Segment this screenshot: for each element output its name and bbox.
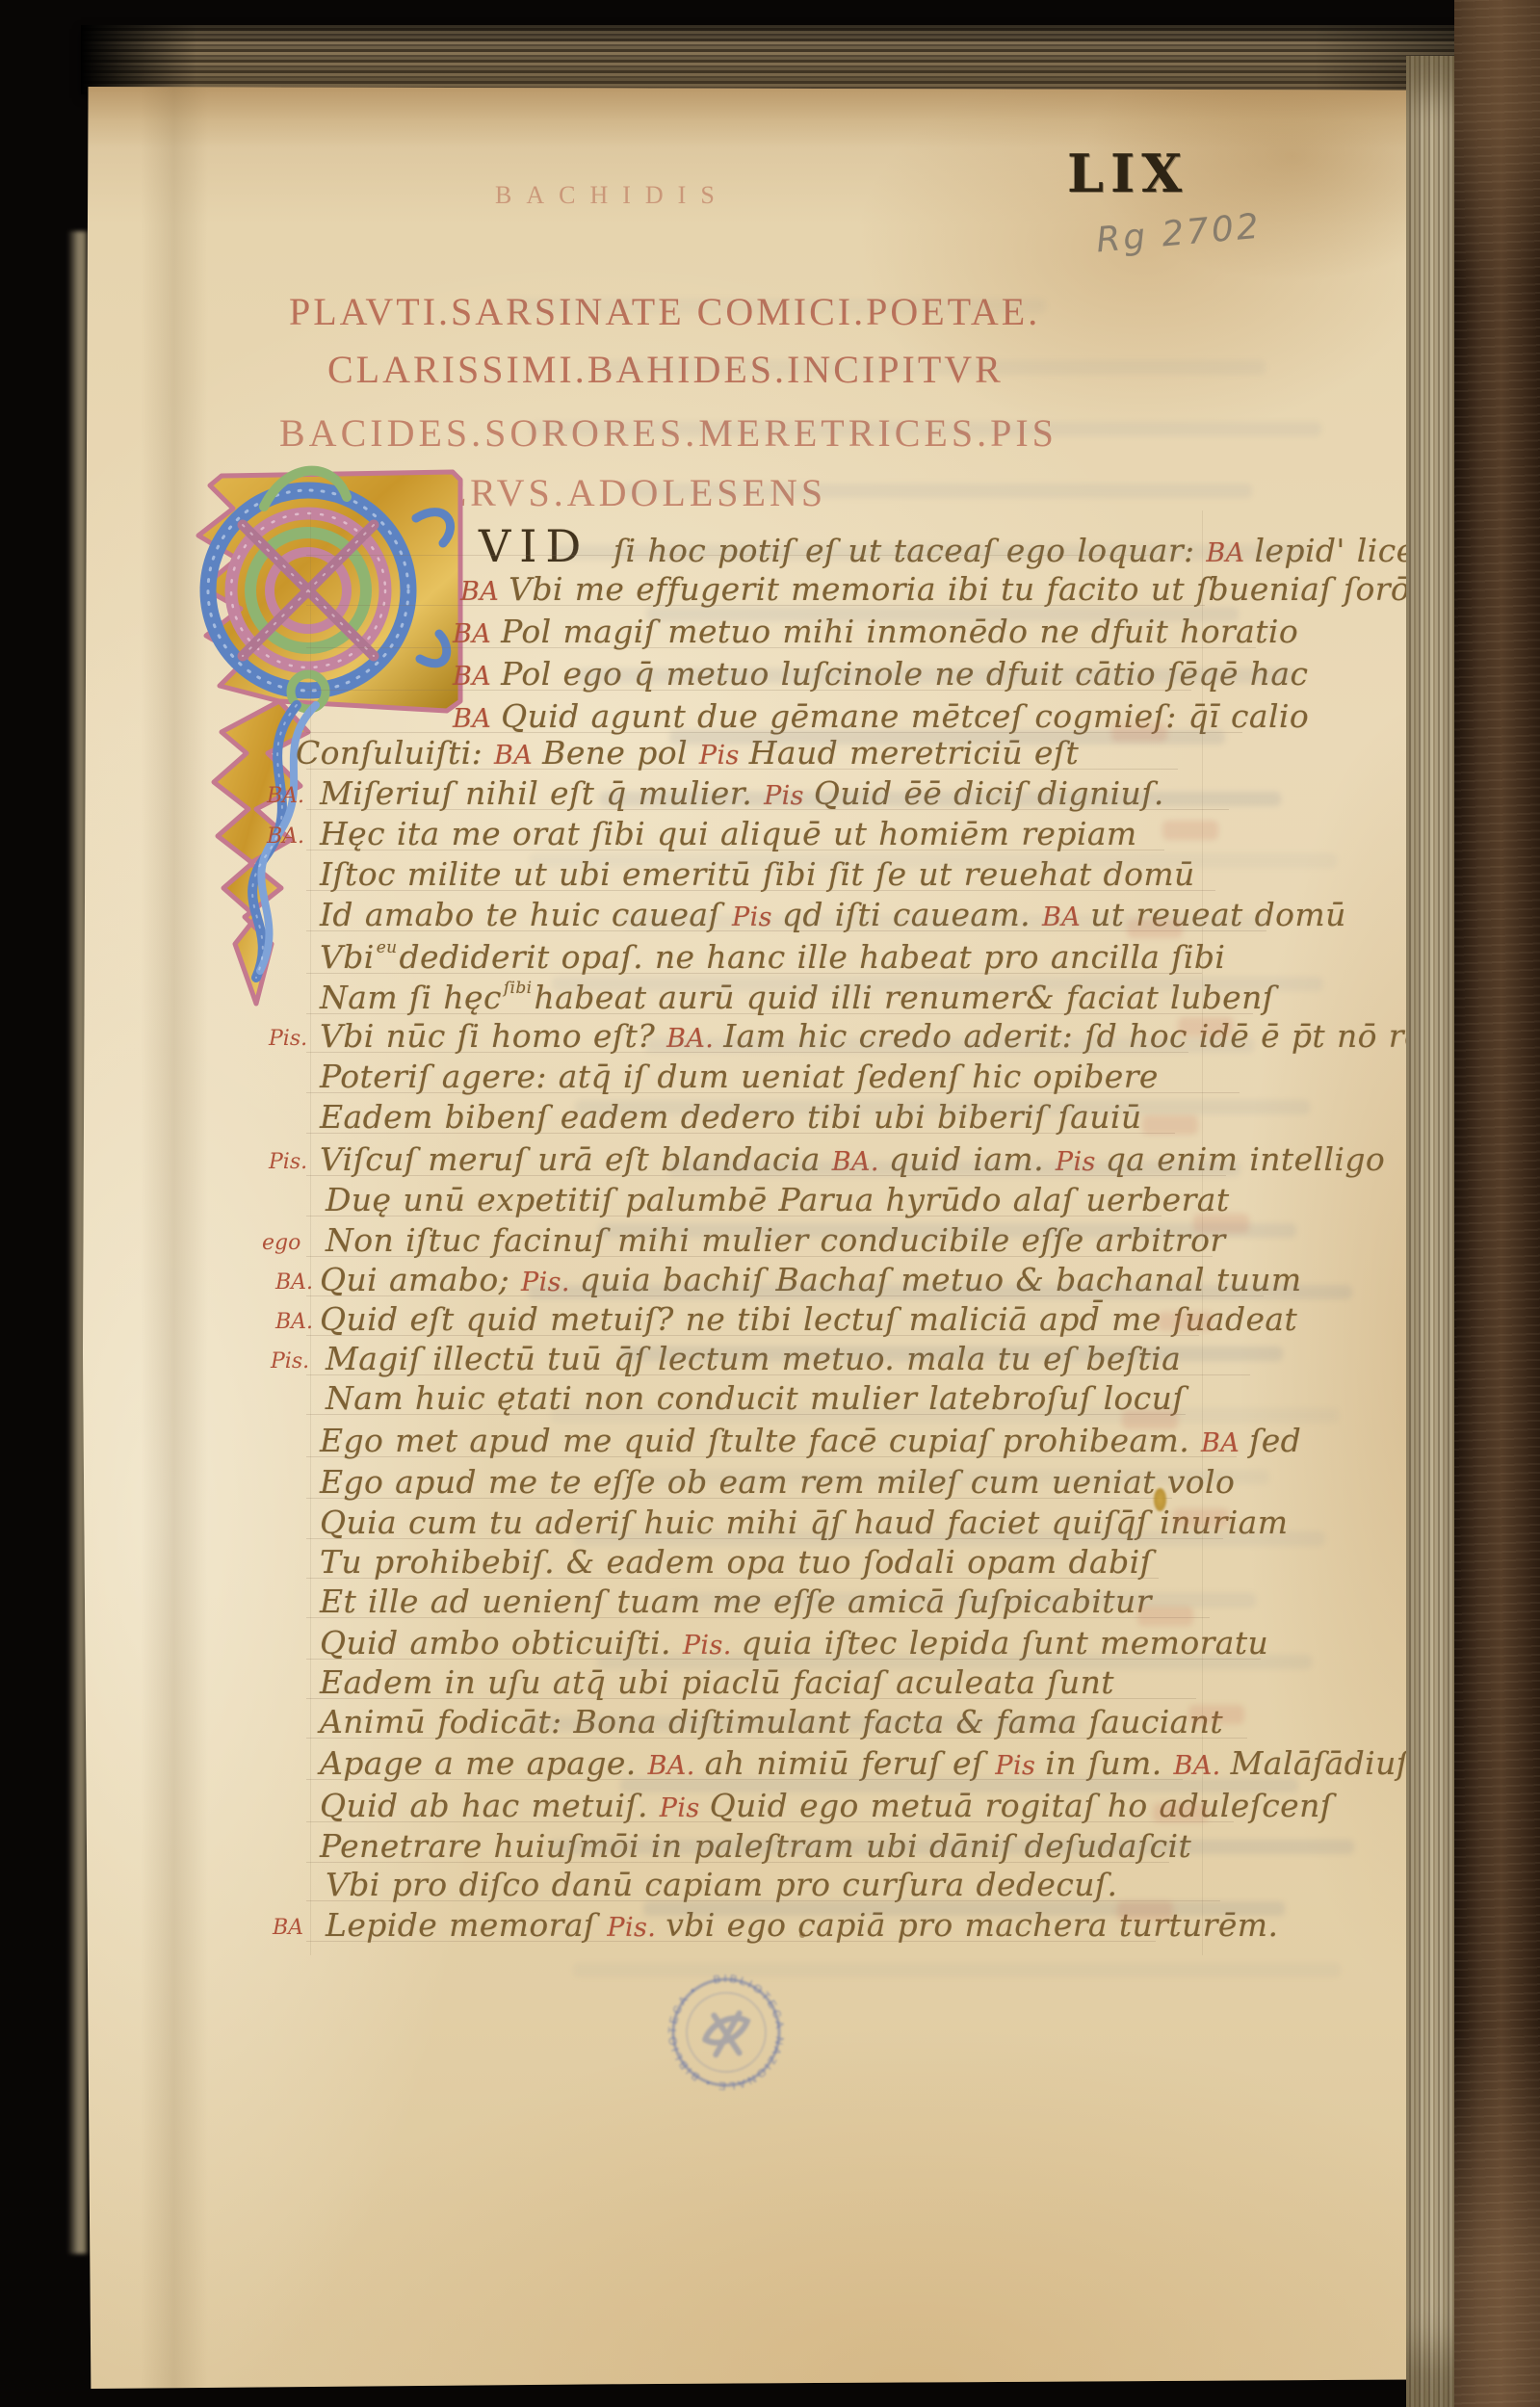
show-through-red-ghost [1137,1607,1193,1626]
show-through-ghost [551,1408,1339,1423]
ruling-line [306,1133,1175,1134]
margin-speaker-siglum: BA. [275,1270,313,1295]
text-line: Hęc ita me orat ſibi qui aliquē ut homiē… [320,815,1137,852]
line-text: Quid ab hac metuiſ. [320,1787,660,1824]
text-line: Tu prohibebiſ. & eadem opa tuo ſodali op… [320,1543,1152,1581]
show-through-ghost [529,853,1337,868]
margin-speaker-siglum: Pis. [269,1150,307,1174]
line-text: Vbi pro diſco danū capiam pro curſura de… [326,1866,1117,1903]
margin-speaker-siglum: Pis. [271,1349,309,1374]
ruling-line [306,1941,1156,1942]
ruling-vertical [310,510,311,1955]
leather-cover [1454,0,1540,2407]
show-through-ghost [668,1162,1240,1176]
line-text: in ſum. [1045,1744,1173,1782]
ruling-line [306,850,1164,850]
margin-speaker-siglum: Pis. [269,1027,307,1051]
show-through-ghost [550,1840,1354,1854]
show-through-ghost [643,1901,1285,1916]
pencil-shelfmark: Rg 2702 [1095,207,1264,261]
ruling-line [306,690,1191,691]
show-through-ghost [667,1593,1256,1608]
line-text: Lepide memoraſ [326,1906,607,1944]
line-text: ſibi [504,979,533,998]
ruling-line [306,809,1229,810]
ruling-line [306,647,1256,648]
show-through-red-ghost [1178,1017,1234,1036]
ink-speck [799,1932,805,1938]
show-through-red-ghost [1111,722,1167,742]
show-through-ghost [530,422,1321,436]
ruling-line [306,1374,1250,1375]
line-text: Vbi [320,938,375,976]
wax-fleck [1154,1488,1166,1511]
text-line: Apage a me apage. BA. ah nimiū feruſ eſ … [320,1744,1451,1782]
line-text: ah nimiū feruſ eſ [705,1744,996,1782]
ruling-line [306,769,1178,770]
show-through-ghost [599,792,1281,806]
ruling-line [306,1617,1210,1618]
show-through-ghost [621,1347,1283,1361]
show-through-ghost [575,1100,1310,1114]
show-through-red-ghost [1142,1115,1198,1135]
speaker-siglum: Pis [660,1793,710,1823]
show-through-ghost [597,1655,1312,1669]
ruling-line [306,890,1215,891]
ruling-line [306,1862,1169,1863]
line-text: Vbi nūc ſi homo eſt? [320,1017,666,1055]
running-title: BACHIDIS [495,181,729,210]
ruling-line [306,1092,1240,1093]
ruling-line [306,605,1205,606]
show-through-ghost [644,1470,1269,1484]
show-through-red-ghost [1127,919,1183,938]
book-fore-edge [1406,56,1458,2407]
ruling-line [306,1256,1213,1257]
speaker-siglum: BA [494,741,542,771]
show-through-ghost [576,668,1294,683]
show-through-ghost [600,360,1266,375]
show-through-ghost [552,977,1323,991]
speaker-siglum: BA [460,577,509,607]
text-line: Quid eſt quid metuiſ? ne tibi lectuſ mal… [320,1300,1297,1338]
show-through-red-ghost [1162,821,1218,840]
stamp-emblem [700,2008,754,2060]
show-through-red-ghost [1188,1705,1244,1724]
line-text: Conſuluiſti: [296,734,494,772]
text-line: Poteriſ agere: atq̄ iſ dum ueniat ſedenſ… [320,1058,1159,1095]
show-through-red-ghost [1173,1508,1229,1528]
margin-speaker-siglum: BA. [275,1310,313,1334]
text-line: Duę unū expetitiſ palumbē Parua hyrūdo a… [326,1181,1229,1218]
initial-gold-field [198,472,460,711]
ruling-line [306,1456,1237,1457]
show-through-red-ghost [1117,1901,1173,1921]
line-text: Hęc ita me orat ſibi qui aliquē ut homiē… [320,815,1137,852]
line-text: Quid eſt quid metuiſ? ne tibi lectuſ mal… [320,1300,1297,1338]
ruling-line [306,1698,1196,1699]
show-through-ghost [574,1531,1325,1546]
ruling-line [306,1216,1162,1217]
ruling-line [306,1738,1247,1739]
speaker-siglum: BA. [648,1751,705,1781]
parchment-top-stain [83,87,1427,148]
manuscript-photo: BACHIDIS LIX Rg 2702 PLAVTI.SARSINATE CO… [0,0,1540,2407]
speaker-siglum: BA [453,662,501,692]
ruling-line [306,1013,1253,1014]
text-line: Vbi pro diſco danū capiam pro curſura de… [326,1866,1117,1903]
text-line: Vbieudediderit opaſ. ne hanc ille habeat… [320,938,1225,976]
text-line: BA Vbi me effugerit memoria ibi tu facit… [460,570,1421,608]
line-text: Duę unū expetitiſ palumbē Parua hyrūdo a… [326,1181,1229,1218]
line-text: Vbi me effugerit memoria ibi tu facito u… [509,570,1421,608]
speaker-siglum: BA [1201,1428,1249,1458]
speaker-siglum: BA [453,704,501,734]
show-through-red-ghost [1153,1803,1209,1822]
show-through-ghost [527,1716,1079,1731]
show-through-ghost [553,545,1308,560]
line-text: Qui amabo; [320,1261,521,1298]
line-text: Nam ſi hęc [320,979,502,1016]
show-through-ghost [598,1223,1296,1238]
line-text: Poteriſ agere: atq̄ iſ dum ueniat ſedenſ… [320,1058,1159,1095]
ruling-line [306,1821,1234,1822]
speaker-siglum: Pis [699,741,749,771]
show-through-red-ghost [1193,1214,1249,1233]
show-through-red-ghost [1158,1312,1214,1331]
show-through-ghost [507,299,1046,313]
margin-speaker-siglum: ego [262,1231,300,1255]
show-through-red-ghost [1122,1410,1178,1429]
ruling-line [306,930,1266,931]
ruling-line [306,973,1202,974]
parchment-fold-shadow [141,87,208,2389]
margin-speaker-siglum: BA [273,1916,303,1940]
margin-speaker-siglum: BA. [267,824,304,849]
ruling-line [306,1335,1199,1336]
show-through-ghost [620,1778,1298,1792]
ruling-line [306,1498,1172,1499]
margin-speaker-siglum: BA. [267,784,304,808]
line-text: eu [377,938,398,957]
line-text: Tu prohibebiſ. & eadem opa tuo ſodali op… [320,1543,1152,1581]
show-through-ghost [528,1285,1352,1299]
book-top-shadow [81,25,1458,94]
line-text: dediderit opaſ. ne hanc ille habeat pro … [400,938,1226,976]
line-text: Ego met apud me quid ſtulte facē cupiaſ … [320,1422,1201,1459]
show-through-ghost [623,484,1252,498]
line-text: ſed [1249,1422,1301,1459]
ruling-line [306,1578,1159,1579]
speaker-siglum: Pis [995,1751,1045,1781]
speaker-siglum: BA [453,619,501,649]
folio-number: LIX [1067,143,1188,204]
show-through-ghost [646,607,1239,621]
parchment-page: BACHIDIS LIX Rg 2702 PLAVTI.SARSINATE CO… [83,87,1427,2389]
speaker-siglum: Pis. [607,1913,666,1943]
show-through-ghost [645,1038,1254,1053]
line-text: Apage a me apage. [320,1744,648,1782]
